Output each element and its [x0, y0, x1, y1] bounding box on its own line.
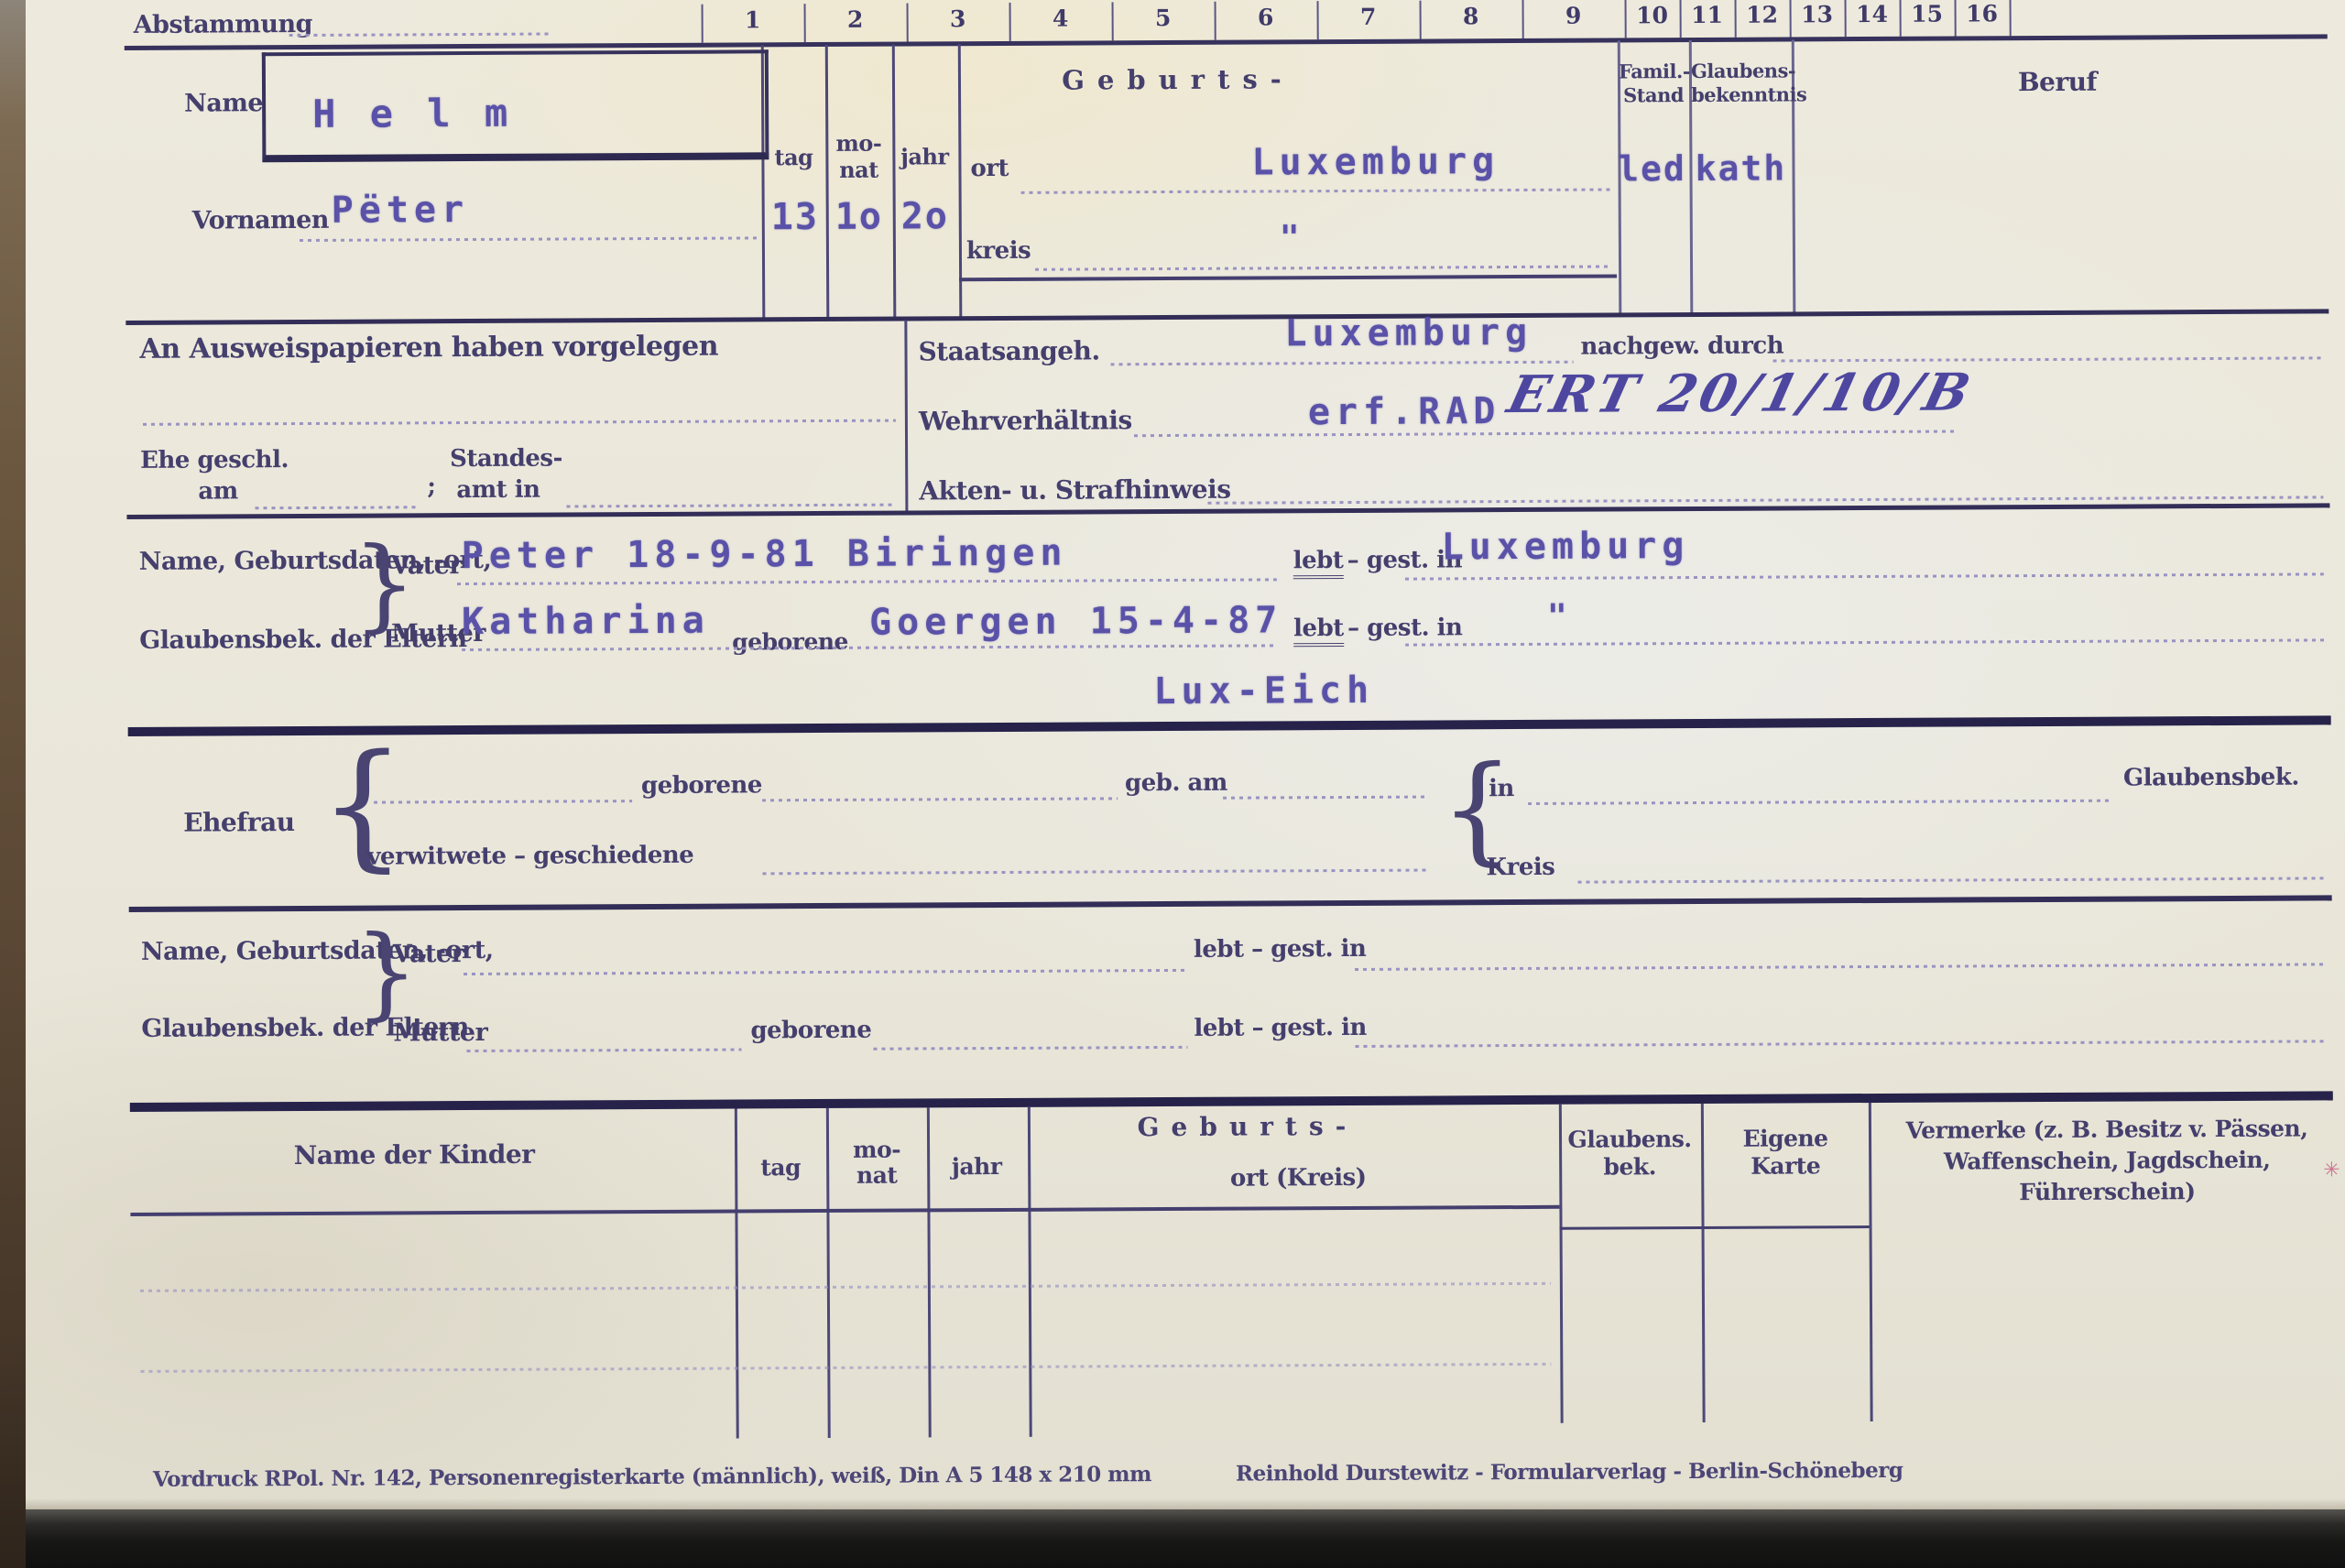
table-divider [735, 1108, 739, 1438]
glaubens-line2: bekenntnis [1691, 82, 1806, 106]
eltern2-brace: } [354, 921, 420, 1022]
familstand-line1: Famil.- [1619, 60, 1690, 82]
abstammung-dotted-line [289, 33, 551, 37]
ort-dotted-line [1021, 188, 1612, 193]
table-row-dotted-line [140, 1363, 1551, 1373]
kinder-eigene-line1: Eigene [1742, 1125, 1827, 1151]
glaubens-value: kath [1689, 147, 1792, 189]
column-number-cell: 5 [1112, 5, 1215, 32]
geburtsort-label: ort [970, 155, 1009, 182]
ehe-geschl-label: Ehe geschl. [140, 446, 289, 474]
kinder-jahr-column-header: jahr [931, 1153, 1022, 1181]
column-tick [2010, 0, 2012, 36]
kinder-vermerke-column-header: Vermerke (z. B. Besitz v. Pässen,Waffens… [1878, 1113, 2337, 1209]
eltern2-vater-dotted-line [464, 969, 1187, 975]
footer-publisher: Reinhold Durstewitz - Formularverlag - B… [1236, 1458, 1903, 1486]
wehrverhaeltnis-handwritten-value: ERT 20/1/10/B [1502, 362, 1980, 425]
red-margin-mark: ✳ [2323, 1159, 2340, 1181]
column-number-cell: 4 [1009, 5, 1112, 32]
wehrverhaeltnis-typed-value: erf.RAD [1308, 390, 1501, 433]
column-number-cell: 7 [1317, 4, 1420, 31]
column-number-cell: 12 [1735, 1, 1790, 27]
eltern2-mutter-lebt-gest-label: lebt – gest. in [1194, 1014, 1367, 1042]
eltern2-vater-label: Vater [393, 940, 464, 968]
kinder-eigene-karte-column-header: EigeneKarte [1704, 1125, 1867, 1181]
vornamen-dotted-line [300, 236, 758, 242]
monat-column-label: mo-nat [826, 130, 890, 183]
footer-form-number: Vordruck RPol. Nr. 142, Personenregister… [153, 1462, 1151, 1492]
eltern2-geborene-label: geborene [750, 1017, 871, 1045]
ehefrau-verwitwete-label: verwitwete – geschiedene [366, 842, 693, 871]
kinder-glaubens-column-header: Glaubens.bek. [1561, 1126, 1698, 1181]
glaubens-line1: Glaubens- [1691, 59, 1795, 82]
ausweispapiere-header: An Ausweispapieren haben vorgelegen [139, 331, 718, 365]
monat-label-line1: mo- [835, 130, 881, 157]
vermerke-line3: Führerschein) [2019, 1178, 2195, 1205]
table-divider [1869, 1103, 1873, 1421]
eltern1-vater-dotted-line [457, 578, 1277, 585]
kinder-eigene-line2: Karte [1751, 1152, 1820, 1179]
nachgew-durch-label: nachgew. durch [1580, 332, 1783, 361]
divider [892, 45, 897, 320]
ehefrau-kreis-dotted-line [1578, 877, 2328, 883]
eltern1-zusatz-value: Lux-Eich [1153, 670, 1374, 713]
scanned-card-photo: Abstammung 1 2 3 4 5 6 7 8 9 10 11 12 13… [0, 0, 2345, 1568]
kinder-monat-line1: mo- [853, 1137, 900, 1163]
kreis-underline [959, 274, 1617, 281]
staatsangeh-dotted-line [1111, 361, 1574, 366]
monat-label-line2: nat [839, 157, 878, 183]
form-content: Abstammung 1 2 3 4 5 6 7 8 9 10 11 12 13… [0, 0, 2345, 1568]
standesamt-label-line1: Standes- [450, 444, 562, 473]
column-number-cell: 15 [1900, 1, 1955, 27]
heavy-rule [130, 1091, 2333, 1112]
column-number-cell: 11 [1680, 2, 1735, 28]
kinder-glaubens-line1: Glaubens. [1567, 1126, 1691, 1153]
ehefrau-label: Ehefrau [183, 807, 294, 838]
wood-edge-left [0, 0, 26, 1568]
eltern1-vater-ort-value: Luxemburg [1442, 525, 1690, 568]
standesamt-label-line2: amt in [456, 476, 540, 504]
kinder-glaubens-line2: bek. [1603, 1153, 1656, 1180]
section-rule [129, 895, 2332, 912]
section-rule [125, 309, 2329, 325]
ehefrau-geborene-label: geborene [641, 771, 762, 800]
table-header-rule [130, 1205, 1559, 1216]
wehrverhaeltnis-label: Wehrverhältnis [919, 405, 1132, 436]
heavy-rule [128, 715, 2331, 736]
kreis-dotted-line [1035, 265, 1612, 270]
kinder-geburts-header: Geburts- [1037, 1110, 1458, 1142]
eltern1-mutter-lebt-label: lebt [1293, 615, 1344, 647]
familstand-value: led [1615, 148, 1688, 189]
eltern2-mutter-label: Mutter [393, 1018, 487, 1048]
tag-column-label: tag [764, 144, 823, 170]
eltern2-vater-lebt-gest-label: lebt – gest. in [1194, 935, 1367, 964]
eltern1-mutter-gest-label: – gest. in [1347, 614, 1462, 642]
eltern1-vater-ort-dotted-line [1405, 572, 2324, 580]
akten-strafhinweis-label: Akten- u. Strafhinweis [919, 474, 1230, 506]
vermerke-line1: Vermerke (z. B. Besitz v. Pässen, [1905, 1116, 2307, 1144]
column-number-cell: 1 [702, 6, 804, 34]
vornamen-label: Vornamen [192, 206, 329, 235]
ehe-am-dotted-line [255, 506, 420, 509]
ehefrau-maiden-dotted-line [762, 797, 1118, 801]
kinder-monat-column-header: mo-nat [830, 1137, 923, 1189]
ehefrau-geb-am-dotted-line [1223, 796, 1429, 800]
semicolon: ; [427, 473, 435, 500]
abstammung-label: Abstammung [134, 10, 312, 39]
birth-month-value: 1o [835, 196, 883, 238]
ehefrau-glaubensbek-label: Glaubensbek. [2123, 764, 2299, 792]
eltern2-mutter-ort-dotted-line [1355, 1040, 2326, 1048]
eltern1-mutter-dotted-line [462, 644, 1277, 651]
divider [904, 321, 908, 513]
name-value: H e l m [312, 91, 513, 136]
kinder-ort-column-header: ort (Kreis) [1138, 1163, 1458, 1192]
eltern1-vater-value: Peter 18-9-81 Biringen [462, 532, 1068, 577]
nachgew-dotted-line [1773, 356, 2323, 362]
column-number-cell: 14 [1845, 1, 1900, 27]
ehefrau-right-brace: { [1440, 751, 1515, 868]
table-surface-bottom [0, 1509, 2345, 1568]
ehefrau-kreis-label: Kreis [1486, 854, 1554, 881]
column-number-cell: 8 [1420, 3, 1522, 30]
ehefrau-verwitwete-dotted-line [762, 869, 1429, 876]
beruf-label: Beruf [1865, 66, 2250, 98]
familstand-line2: Stand [1623, 83, 1684, 106]
geburtskreis-value: " [1280, 219, 1305, 256]
eltern1-geborene-label: geborene [732, 628, 848, 656]
ehe-am-label: am [198, 477, 238, 505]
name-label: Name [184, 89, 263, 117]
vermerke-line2: Waffenschein, Jagdschein, [1944, 1147, 2271, 1175]
vornamen-value: Pëter [332, 189, 470, 232]
staatsangeh-value: Luxemburg [1284, 311, 1532, 354]
kinder-monat-line2: nat [856, 1162, 898, 1189]
eltern1-mutter-value: Katharina [462, 600, 710, 643]
table-row-dotted-line [140, 1282, 1551, 1292]
jahr-column-label: jahr [894, 143, 954, 169]
geburtskreis-label: kreis [966, 237, 1031, 265]
eltern1-mutter-ort-dotted-line [1405, 638, 2324, 646]
ausweis-dotted-line [143, 419, 896, 426]
birth-year-value: 2o [901, 195, 949, 237]
eltern2-vater-ort-dotted-line [1355, 963, 2326, 971]
top-rule [125, 34, 2328, 50]
ehefrau-name-dotted-line [374, 800, 632, 803]
eltern1-vater-label: Vater [391, 551, 463, 580]
column-number-cell: 10 [1625, 2, 1680, 28]
column-number-cell: 3 [907, 5, 1009, 33]
eltern2-mutter-dotted-line [467, 1048, 742, 1052]
column-number-cell: 6 [1215, 4, 1317, 31]
ehefrau-in-label: in [1489, 775, 1514, 802]
eltern1-mutter-ort-value: " [1547, 598, 1573, 636]
section-rule [126, 503, 2329, 519]
table-divider [1028, 1107, 1032, 1437]
ehefrau-in-dotted-line [1528, 800, 2110, 805]
standesamt-dotted-line [566, 504, 896, 508]
ehefrau-geb-am-label: geb. am [1125, 769, 1227, 798]
staatsangeh-label: Staatsangeh. [918, 335, 1099, 366]
geburtsort-value: Luxemburg [1251, 140, 1500, 183]
column-number-cell: 16 [1955, 0, 2010, 27]
column-number-cell: 13 [1790, 1, 1845, 27]
eltern2-maiden-dotted-line [874, 1046, 1188, 1051]
birth-day-value: 13 [771, 196, 819, 238]
glaubens-column-label: Glaubens-bekenntnis [1691, 59, 1790, 107]
geburts-header: Geburts- [1004, 63, 1352, 96]
wehr-dotted-line [1134, 430, 1958, 438]
familstand-column-label: Famil.-Stand [1619, 60, 1688, 107]
column-number-cell: 2 [804, 6, 907, 34]
eltern1-vater-lebt-label: lebt [1293, 547, 1344, 579]
eltern1-mutter-maiden-value: Goergen 15-4-87 [869, 599, 1282, 643]
kinder-name-column-header: Name der Kinder [213, 1138, 616, 1171]
column-number-cell: 9 [1522, 2, 1625, 29]
table-header-rule-right [1560, 1225, 1870, 1230]
kinder-tag-column-header: tag [742, 1154, 819, 1181]
